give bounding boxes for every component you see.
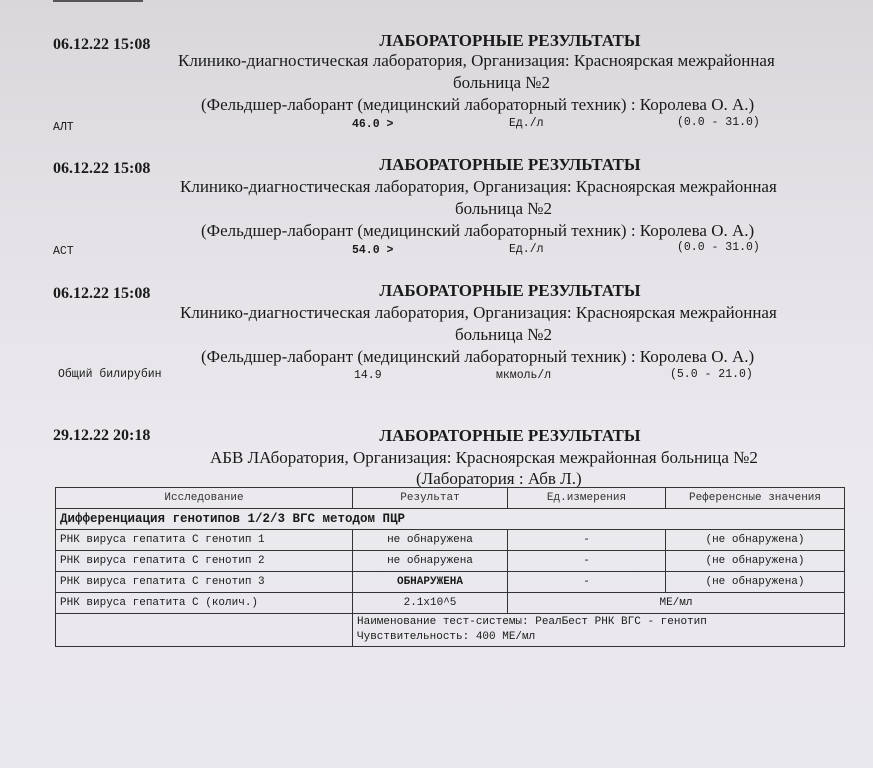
test-name: Общий билирубин [58,368,162,381]
table-row: РНК вируса гепатита С генотип 1 не обнар… [56,530,845,551]
table-row-quant: РНК вируса гепатита С (колич.) 2.1x10^5 … [56,593,845,614]
test-name: АЛТ [53,121,74,134]
row-unit: - [508,530,666,551]
row-test: РНК вируса гепатита С (колич.) [56,593,353,614]
row-unit: - [508,551,666,572]
reference-range: (0.0 - 31.0) [677,241,760,254]
table-header-row: Исследование Результат Ед.измерения Рефе… [56,488,845,509]
section-title: ЛАБОРАТОРНЫЕ РЕЗУЛЬТАТЫ [0,31,873,51]
header-unit: Ед.измерения [508,488,666,509]
org-line-2: больница №2 [455,325,552,345]
test-system-name: Наименование тест-системы: РеалБест РНК … [357,615,840,630]
row-reference: (не обнаружена) [666,530,845,551]
org-line: Клинико-диагностическая лаборатория, Орг… [180,303,777,323]
test-unit: Ед./л [509,117,544,130]
note-cell: Наименование тест-системы: РеалБест РНК … [353,614,845,647]
section-title: ЛАБОРАТОРНЫЕ РЕЗУЛЬТАТЫ [0,281,873,301]
note-empty-cell [56,614,353,647]
row-test: РНК вируса гепатита С генотип 3 [56,572,353,593]
pcr-results-table: Исследование Результат Ед.измерения Рефе… [55,487,845,647]
performer: (Фельдшер-лаборант (медицинский лаборато… [201,95,754,115]
table-group-row: Дифференциация генотипов 1/2/3 ВГС метод… [56,509,845,530]
header-reference: Референсные значения [666,488,845,509]
section-title: ЛАБОРАТОРНЫЕ РЕЗУЛЬТАТЫ [0,426,873,446]
test-unit: Ед./л [509,243,544,256]
reference-range: (0.0 - 31.0) [677,116,760,129]
row-result: не обнаружена [353,551,508,572]
test-name: АСТ [53,245,74,258]
test-unit: мкмоль/л [496,369,551,382]
sensitivity: Чувствительность: 400 МЕ/мл [357,630,840,645]
test-value: 14.9 [354,369,382,382]
group-title: Дифференциация генотипов 1/2/3 ВГС метод… [56,509,845,530]
performer: (Фельдшер-лаборант (медицинский лаборато… [201,347,754,367]
row-test: РНК вируса гепатита С генотип 1 [56,530,353,551]
table-row: РНК вируса гепатита С генотип 2 не обнар… [56,551,845,572]
org-line: АБВ ЛАборатория, Организация: Красноярск… [210,448,758,468]
table-note-row: Наименование тест-системы: РеалБест РНК … [56,614,845,647]
row-reference: (не обнаружена) [666,572,845,593]
test-value: 46.0 > [352,118,393,131]
row-result-detected: ОБНАРУЖЕНА [353,572,508,593]
row-reference: (не обнаружена) [666,551,845,572]
header-test: Исследование [56,488,353,509]
reference-range: (5.0 - 21.0) [670,368,753,381]
row-test: РНК вируса гепатита С генотип 2 [56,551,353,572]
org-line-2: больница №2 [455,199,552,219]
test-value: 54.0 > [352,244,393,257]
performer: (Фельдшер-лаборант (медицинский лаборато… [201,221,754,241]
org-line: Клинико-диагностическая лаборатория, Орг… [180,177,777,197]
org-line-2: больница №2 [453,73,550,93]
top-rule [53,0,143,2]
row-unit: - [508,572,666,593]
section-title: ЛАБОРАТОРНЫЕ РЕЗУЛЬТАТЫ [0,155,873,175]
row-unit: МЕ/мл [508,593,845,614]
performer: (Лаборатория : Абв Л.) [416,469,582,489]
row-result: 2.1x10^5 [353,593,508,614]
header-result: Результат [353,488,508,509]
row-result: не обнаружена [353,530,508,551]
org-line: Клинико-диагностическая лаборатория, Орг… [178,51,775,71]
table-row: РНК вируса гепатита С генотип 3 ОБНАРУЖЕ… [56,572,845,593]
